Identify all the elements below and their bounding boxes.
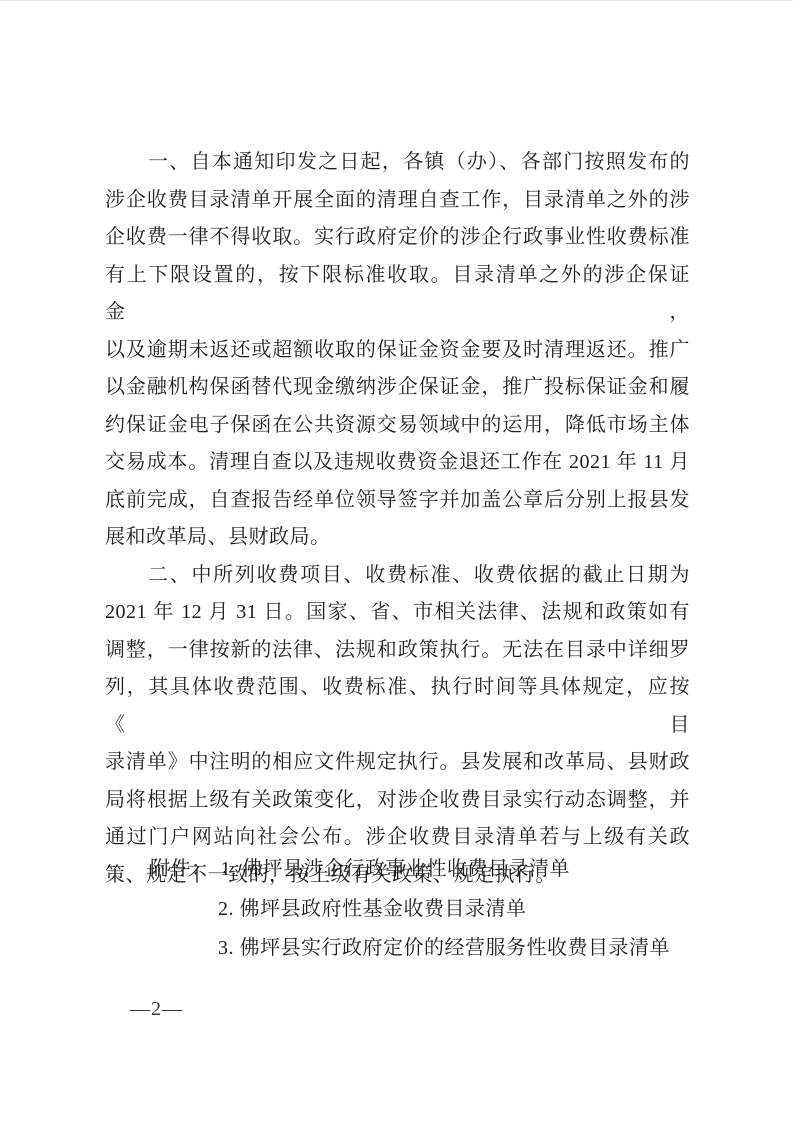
body-line: 局将根据上级有关政策变化，对涉企收费目录实行动态调整，并 [105, 782, 690, 820]
body-line: 一、自本通知印发之日起，各镇（办）、各部门按照发布的 [105, 144, 690, 182]
document-page: 一、自本通知印发之日起，各镇（办）、各部门按照发布的 涉企收费目录清单开展全面的… [0, 0, 793, 1123]
body-line: 录清单》中注明的相应文件规定执行。县发展和改革局、县财政 [105, 744, 690, 782]
body-line: 交易成本。清理自查以及违规收费资金退还工作在 2021 年 11 月 [105, 444, 690, 482]
body-line: 以金融机构保函替代现金缴纳涉企保证金，推广投标保证金和履 [105, 369, 690, 407]
attachments-label: 附件： [150, 858, 212, 880]
body-line: 调整，一律按新的法律、法规和政策执行。无法在目录中详细罗 [105, 632, 690, 670]
attachment-line: 附件：1. 佛坪县涉企行政事业性收费目录清单 [105, 850, 745, 890]
attachment-item: 2. 佛坪县政府性基金收费目录清单 [105, 890, 745, 930]
body-line: 列，其具体收费范围、收费标准、执行时间等具体规定，应按《目 [105, 669, 690, 744]
body-line: 二、中所列收费项目、收费标准、收费依据的截止日期为 [105, 557, 690, 595]
body-line: 约保证金电子保函在公共资源交易领域中的运用，降低市场主体 [105, 407, 690, 445]
attachment-item: 3. 佛坪县实行政府定价的经营服务性收费目录清单 [105, 929, 745, 969]
document-body: 一、自本通知印发之日起，各镇（办）、各部门按照发布的 涉企收费目录清单开展全面的… [105, 144, 690, 894]
body-line: 以及逾期未返还或超额收取的保证金资金要及时清理返还。推广 [105, 332, 690, 370]
body-line: 2021 年 12 月 31 日。国家、省、市相关法律、法规和政策如有 [105, 594, 690, 632]
body-line: 企收费一律不得收取。实行政府定价的涉企行政事业性收费标准 [105, 219, 690, 257]
attachments-section: 附件：1. 佛坪县涉企行政事业性收费目录清单 2. 佛坪县政府性基金收费目录清单… [105, 850, 745, 969]
attachment-item: 1. 佛坪县涉企行政事业性收费目录清单 [221, 858, 571, 880]
page-number: —2— [130, 998, 183, 1021]
body-line: 底前完成，自查报告经单位领导签字并加盖公章后分别上报县发 [105, 482, 690, 520]
body-line: 展和改革局、县财政局。 [105, 519, 690, 557]
body-line: 涉企收费目录清单开展全面的清理自查工作，目录清单之外的涉 [105, 182, 690, 220]
body-line: 有上下限设置的，按下限标准收取。目录清单之外的涉企保证金， [105, 257, 690, 332]
